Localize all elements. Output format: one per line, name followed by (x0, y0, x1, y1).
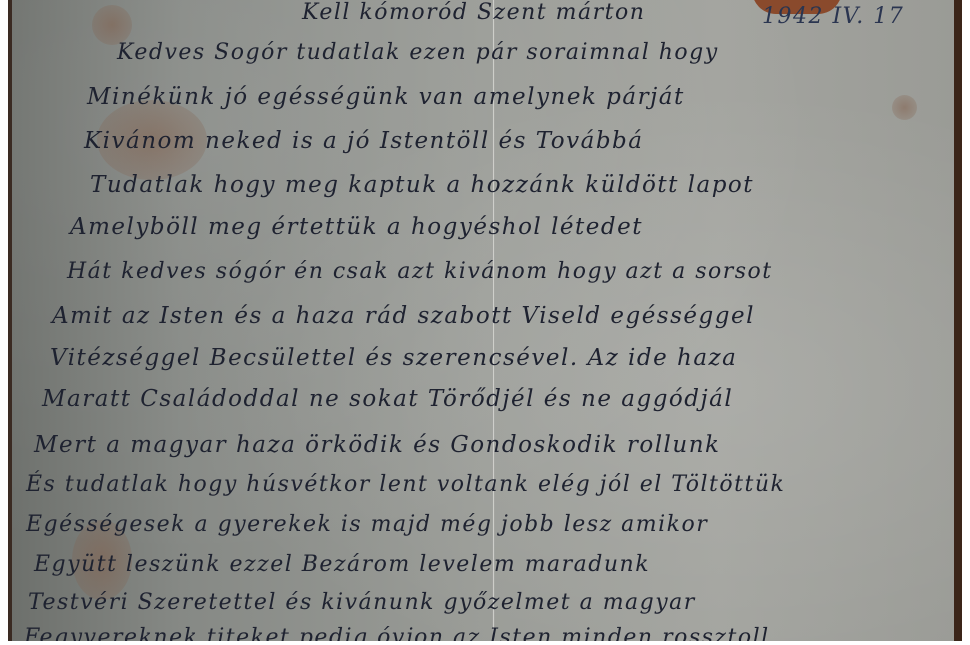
letter-line: Testvéri Szeretettel és kivánunk győzelm… (28, 590, 696, 615)
letter-line: Fegyvereknek titeket pedig óvjon az Iste… (24, 625, 770, 641)
letter-line: És tudatlak hogy húsvétkor lent voltank … (26, 472, 785, 497)
letter-line: Kedves Sogór tudatlak ezen pár soraimnal… (117, 40, 719, 65)
water-stain-top-left (92, 5, 132, 45)
letter-line: Tudatlak hogy meg kaptuk a hozzánk küldö… (90, 172, 754, 198)
background-edge (954, 0, 962, 641)
letter-line: Maratt Családoddal ne sokat Törődjél és … (42, 386, 733, 412)
letter-paper: Kell kómoród Szent márton 1942 IV. 17 Ke… (12, 0, 956, 641)
letter-line: Amelyböll meg értettük a hogyéshol léted… (70, 214, 643, 240)
letter-line: Kivánom neked is a jó Istentöll és Továb… (84, 128, 643, 154)
water-stain-right (892, 95, 917, 120)
letter-line: Amit az Isten és a haza rád szabott Vise… (52, 303, 755, 329)
letter-line: Vitézséggel Becsülettel és szerencsével.… (50, 345, 737, 371)
letter-line: Egésségesek a gyerekek is majd még jobb … (26, 512, 708, 537)
letter-line: Mert a magyar haza örködik és Gondoskodi… (34, 432, 720, 458)
letter-header-place: Kell kómoród Szent márton (302, 0, 645, 25)
letter-line: Minékünk jó egésségünk van amelynek párj… (87, 84, 685, 110)
letter-header-date: 1942 IV. 17 (762, 4, 904, 29)
letter-line: Hát kedves sógór én csak azt kivánom hog… (67, 259, 773, 284)
letter-photograph: Kell kómoród Szent márton 1942 IV. 17 Ke… (8, 0, 962, 641)
letter-line: Együtt leszünk ezzel Bezárom levelem mar… (34, 552, 650, 577)
